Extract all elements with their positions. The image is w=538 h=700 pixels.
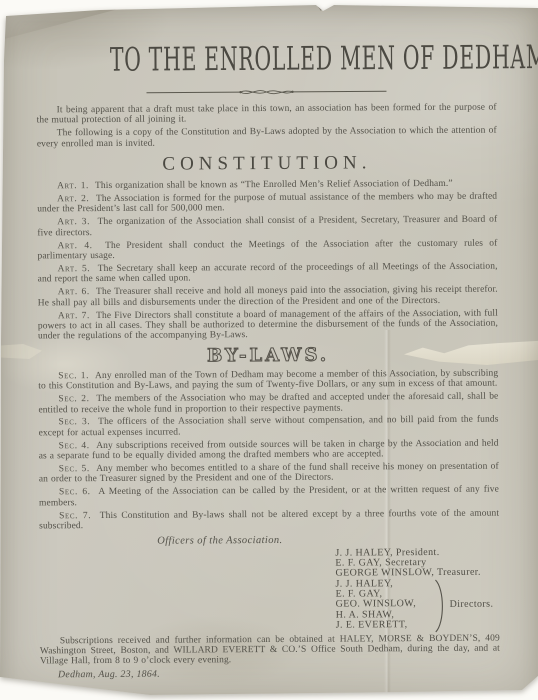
officer-row: E. F. GAY, Secretary bbox=[335, 557, 499, 568]
section-label: Sec. 1. bbox=[58, 371, 89, 381]
article-text: The Association is formed for the purpos… bbox=[37, 192, 497, 215]
director-name: H. A. SHAW, bbox=[336, 609, 500, 620]
paper-left-chip bbox=[0, 344, 42, 359]
section-text: Any member who becomes entitled to a sha… bbox=[39, 462, 499, 485]
paper-fold-crease bbox=[0, 6, 130, 40]
section-text: This Constitution and By-laws shall not … bbox=[39, 508, 499, 531]
article-paragraph: Art. 7. The Five Directors shall constit… bbox=[38, 308, 498, 342]
dateline: Dedham, Aug. 23, 1864. bbox=[58, 667, 500, 681]
article-paragraph: Art. 3. The organization of the Associat… bbox=[37, 215, 497, 239]
document-content: TO THE ENROLLED MEN OF DEDHAM. It being … bbox=[0, 0, 538, 681]
officers-list: J. J. HALEY, President. E. F. GAY, Secre… bbox=[335, 547, 500, 631]
article-label: Art. 1. bbox=[57, 181, 89, 191]
article-text: This organization shall be known as “The… bbox=[95, 179, 453, 191]
paper-top-notch bbox=[316, 4, 325, 11]
officer-name: GEORGE WINSLOW, bbox=[335, 567, 434, 579]
officer-title: Secretary bbox=[385, 557, 426, 568]
paper-right-tear bbox=[404, 337, 538, 365]
officer-row: GEORGE WINSLOW, Treasurer. bbox=[335, 568, 499, 579]
article-label: Art. 6. bbox=[58, 287, 90, 297]
scanned-document-page: TO THE ENROLLED MEN OF DEDHAM. It being … bbox=[0, 0, 538, 700]
officers-heading: Officers of the Association. bbox=[157, 533, 499, 546]
section-text: A Meeting of the Association can be call… bbox=[39, 485, 499, 508]
article-label: Art. 5. bbox=[58, 264, 91, 274]
officer-name: E. F. GAY, bbox=[335, 557, 382, 568]
section-paragraph: Sec. 7. This Constitution and By-laws sh… bbox=[39, 508, 499, 532]
article-text: The Treasurer shall receive and hold all… bbox=[38, 285, 498, 308]
article-paragraph: Art. 4. The President shall conduct the … bbox=[37, 238, 497, 262]
director-name: GEO. WINSLOW, bbox=[336, 599, 500, 610]
intro-paragraph-2: The following is a copy of the Constitut… bbox=[37, 126, 497, 150]
directors-label: Directors. bbox=[450, 599, 494, 610]
director-name: J. J. HALEY, bbox=[335, 578, 499, 589]
section-paragraph: Sec. 2. The members of the Association w… bbox=[38, 392, 498, 416]
section-text: Any enrolled man of the Town of Dedham m… bbox=[38, 368, 498, 391]
article-text: The President shall conduct the Meetings… bbox=[37, 238, 497, 261]
decorative-divider-icon bbox=[144, 84, 388, 99]
article-text: The organization of the Association shal… bbox=[37, 215, 497, 238]
section-label: Sec. 3. bbox=[58, 418, 90, 428]
section-paragraph: Sec. 6. A Meeting of the Association can… bbox=[39, 485, 499, 509]
article-paragraph: Art. 2. The Association is formed for th… bbox=[37, 192, 497, 216]
article-text: The Secretary shall keep an accurate rec… bbox=[38, 262, 498, 285]
constitution-heading: CONSTITUTION. bbox=[37, 152, 497, 177]
officer-title: President. bbox=[396, 546, 440, 557]
section-label: Sec. 4. bbox=[59, 441, 90, 451]
director-name: J. E. EVERETT, bbox=[336, 620, 500, 631]
paper-shadow: TO THE ENROLLED MEN OF DEDHAM. It being … bbox=[0, 0, 538, 700]
article-label: Art. 7. bbox=[58, 311, 90, 321]
section-label: Sec. 5. bbox=[59, 464, 90, 474]
article-paragraph: Art. 1. This organization shall be known… bbox=[37, 179, 497, 192]
section-label: Sec. 6. bbox=[59, 487, 91, 497]
directors-brace-icon bbox=[433, 579, 445, 633]
article-paragraph: Art. 5. The Secretary shall keep an accu… bbox=[38, 262, 498, 286]
officer-title: Treasurer. bbox=[437, 567, 481, 578]
section-text: The members of the Association who may b… bbox=[38, 392, 498, 415]
paper-vertical-crease bbox=[384, 330, 391, 700]
bylaws-heading: BY-LAWS. bbox=[38, 343, 498, 367]
article-text: The Five Directors shall constitute a bo… bbox=[38, 308, 498, 342]
article-paragraph: Art. 6. The Treasurer shall receive and … bbox=[38, 285, 498, 309]
section-paragraph: Sec. 5. Any member who becomes entitled … bbox=[39, 462, 499, 486]
section-paragraph: Sec. 3. The officers of the Association … bbox=[38, 415, 498, 439]
document-title: TO THE ENROLLED MEN OF DEDHAM. bbox=[110, 40, 423, 80]
directors-group: J. J. HALEY, E. F. GAY, GEO. WINSLOW, H.… bbox=[335, 578, 499, 631]
paper-sheet: TO THE ENROLLED MEN OF DEDHAM. It being … bbox=[0, 0, 538, 700]
section-text: Any subscriptions received from outside … bbox=[39, 438, 499, 461]
section-label: Sec. 7. bbox=[59, 511, 91, 521]
intro-paragraph-1: It being apparent that a draft must take… bbox=[37, 103, 497, 127]
section-label: Sec. 2. bbox=[58, 394, 89, 404]
section-text: The officers of the Association shall se… bbox=[39, 415, 499, 438]
article-label: Art. 4. bbox=[57, 241, 92, 251]
section-paragraph: Sec. 4. Any subscriptions received from … bbox=[39, 438, 499, 462]
officer-name: J. J. HALEY, bbox=[335, 547, 393, 558]
article-label: Art. 3. bbox=[57, 217, 90, 227]
officer-row: J. J. HALEY, President. bbox=[335, 547, 499, 558]
director-name: E. F. GAY, bbox=[336, 589, 500, 600]
article-label: Art. 2. bbox=[57, 194, 89, 204]
footer-note: Subscriptions received and further infor… bbox=[40, 633, 500, 667]
section-paragraph: Sec. 1. Any enrolled man of the Town of … bbox=[38, 368, 498, 392]
